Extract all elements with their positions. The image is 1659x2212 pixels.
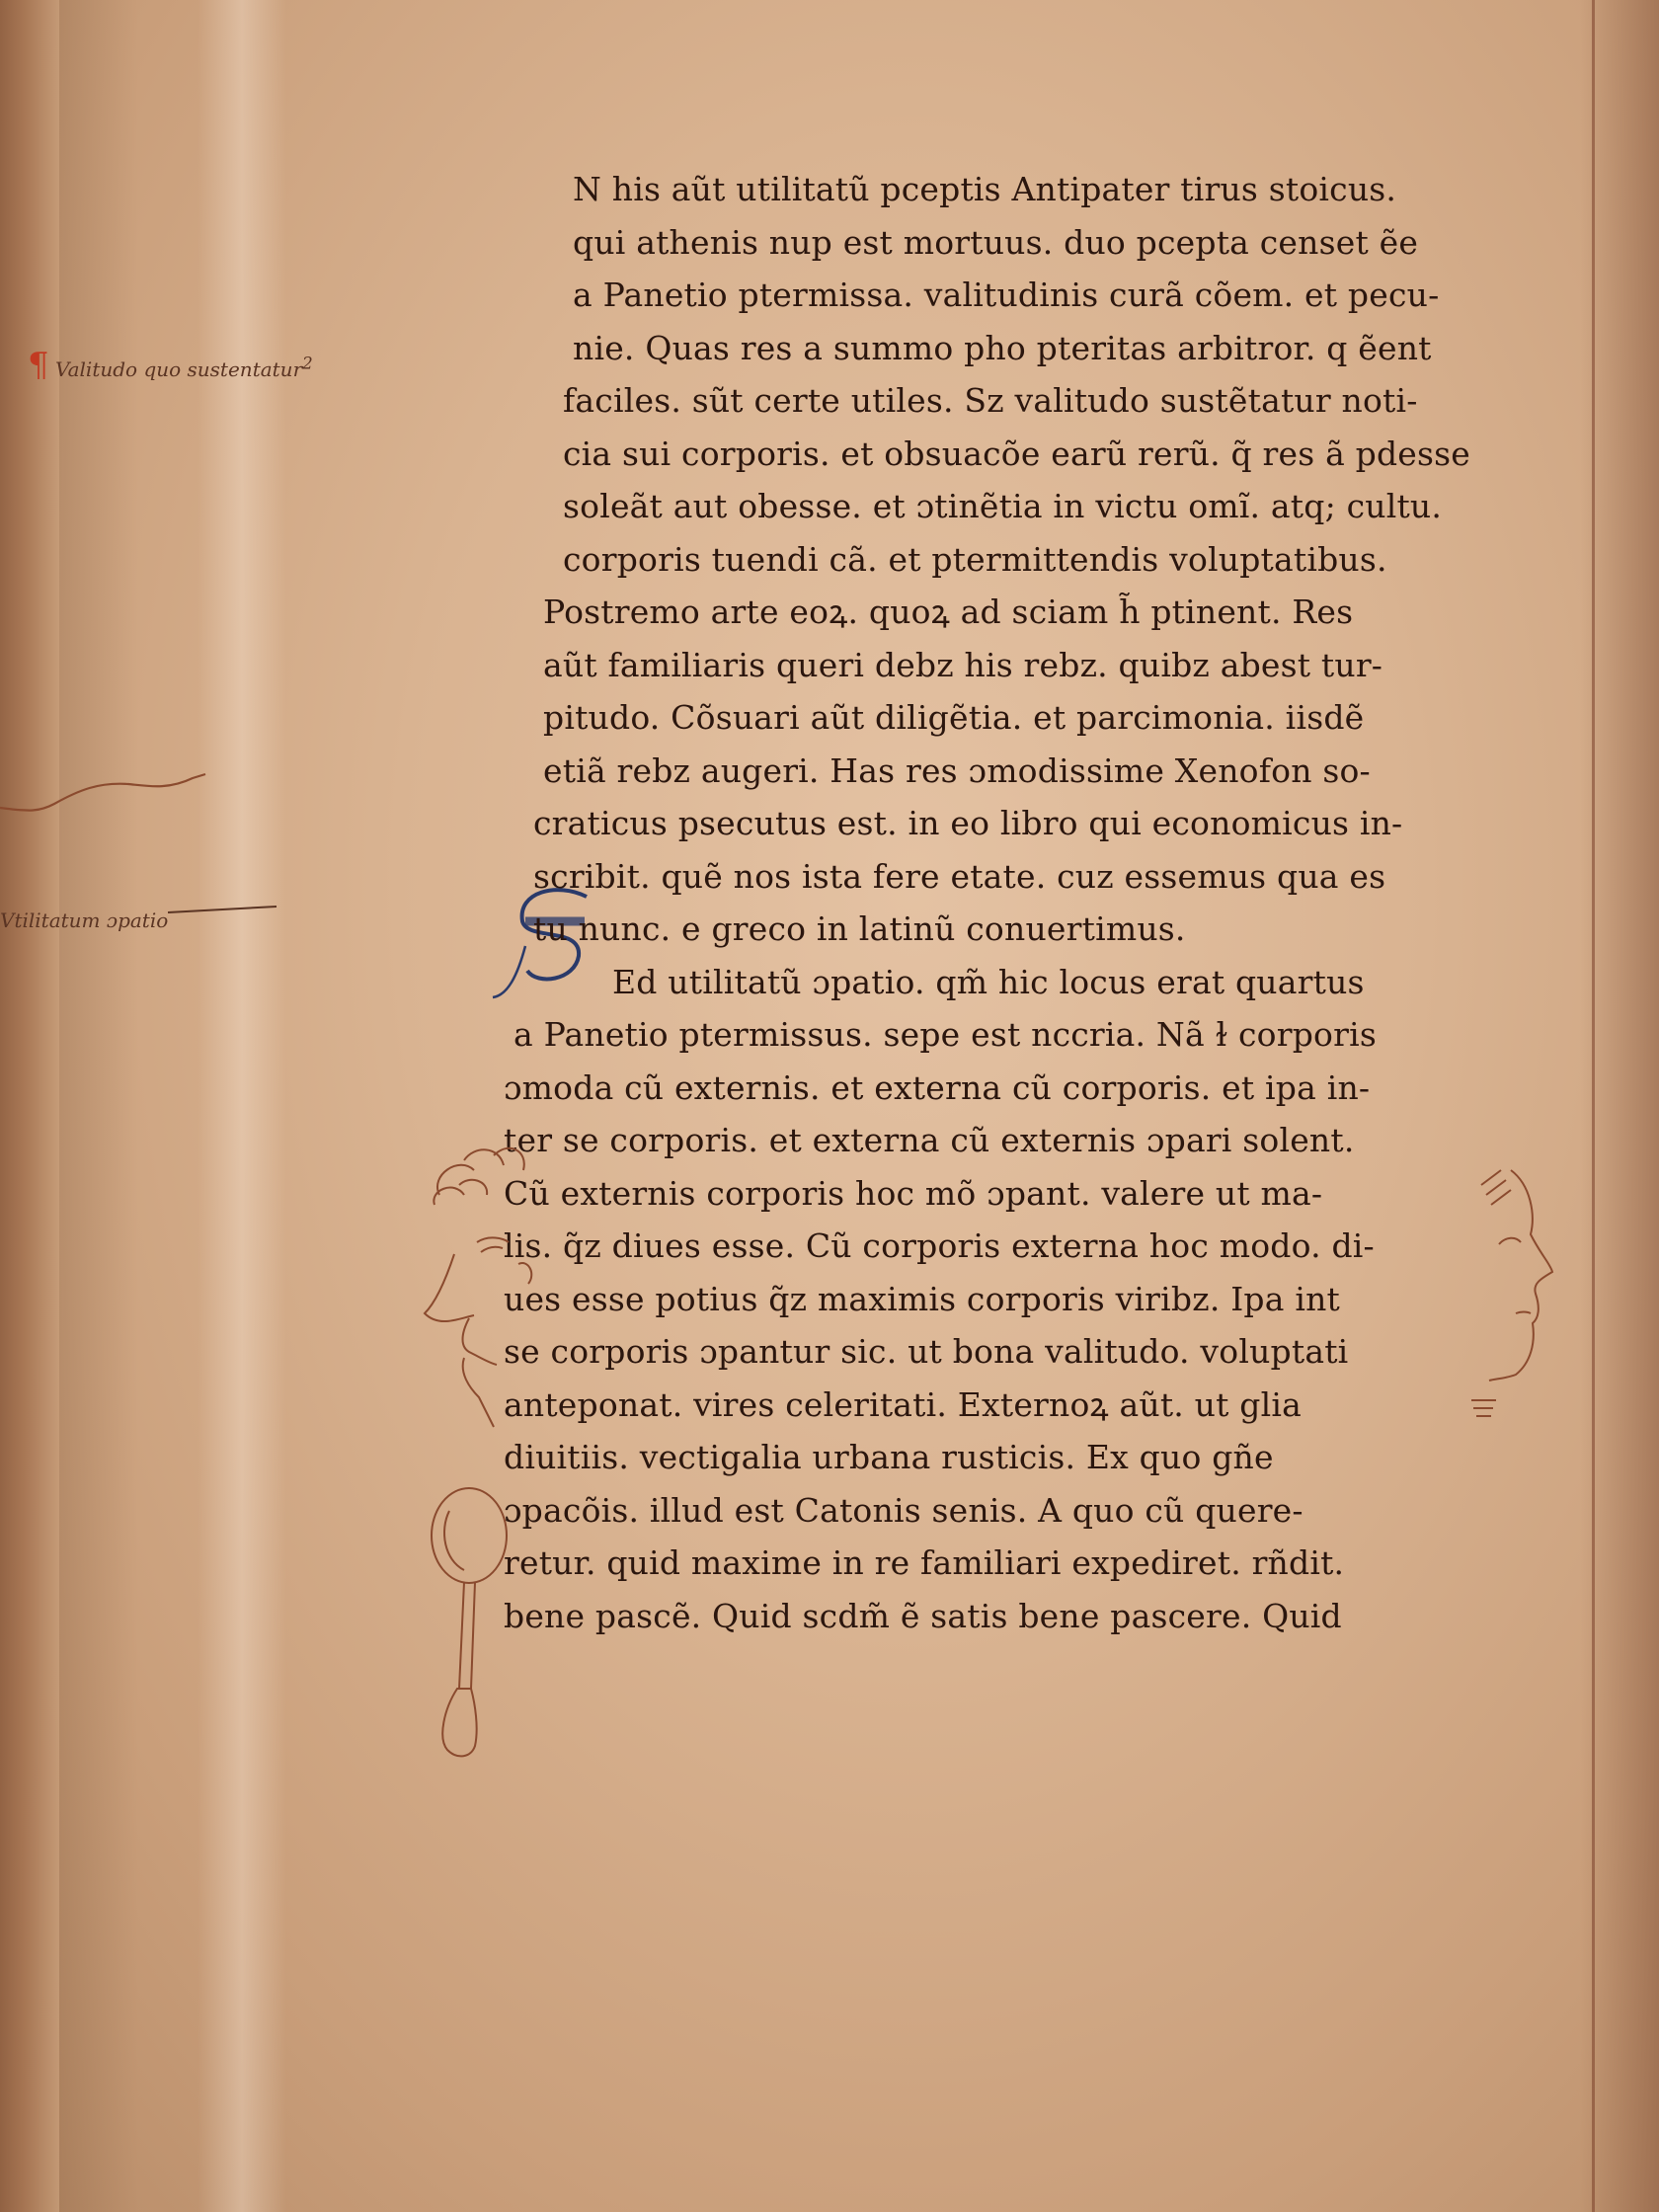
manuscript-page: ¶ Valitudo quo sustentatur2 Vtilitatum ɔ… [0,0,1659,2212]
binding-shadow [59,0,138,2212]
text-line: scribit. quẽ nos ista fere etate. cuz es… [533,850,1481,904]
text-line: pitudo. Cõsuari aũt diligẽtia. et parcim… [533,691,1481,745]
margin-note-1: ¶ Valitudo quo sustentatur2 [28,346,313,385]
text-line: ɔmoda cũ externis. et externa cũ corpori… [504,1062,1481,1115]
text-line: ues esse potius q̃z maximis corporis vir… [504,1273,1481,1326]
text-line: lis. q̃z diues esse. Cũ corporis externa… [504,1220,1481,1273]
text-line: aũt familiaris queri debz his rebz. quib… [533,639,1481,692]
text-line: se corporis ɔpantur sic. ut bona valitud… [504,1325,1481,1379]
text-line: retur. quid maxime in re familiari exped… [504,1537,1481,1590]
text-line: diuitiis. vectigalia urbana rusticis. Ex… [504,1431,1481,1484]
margin-note-superscript: 2 [302,354,313,372]
margin-note-text: Vtilitatum ɔpatio [0,908,168,932]
text-line: a Panetio ptermissa. valitudinis curã cõ… [533,269,1481,322]
text-line: soleãt aut obesse. et ɔtinẽtia in victu … [533,480,1481,533]
text-line: ter se corporis. et externa cũ externis … [504,1114,1481,1167]
left-profile-face-drawing-icon [420,1136,558,1432]
text-line: craticus psecutus est. in eo libro qui e… [533,797,1481,850]
text-line: bene pascẽ. Quid scdm̃ ẽ satis bene pasc… [504,1590,1481,1643]
printed-text-block: N his aũt utilitatũ pceptis Antipater ti… [533,163,1481,1642]
text-line: cia sui corporis. et obsuacõe earũ rerũ.… [533,428,1481,481]
text-line: corporis tuendi cã. et ptermittendis vol… [533,533,1481,587]
text-line: tu nunc. e greco in latinũ conuertimus. [533,903,1481,956]
text-line: a Panetio ptermissus. sepe est nccria. N… [513,1008,1481,1062]
text-line: qui athenis nup est mortuus. duo pcepta … [533,216,1481,270]
light-reflection-strip [197,0,286,2212]
text-line: Cũ externis corporis hoc mõ ɔpant. valer… [504,1167,1481,1221]
text-line: ɔpacõis. illud est Catonis senis. A quo … [504,1484,1481,1538]
text-line: nie. Quas res a summo pho pteritas arbit… [533,322,1481,375]
hand-mirror-drawing-icon [410,1481,528,1768]
text-line: Postremo arte eoꝝ. quoꝝ ad sciam h̃ ptin… [533,586,1481,639]
text-line: anteponat. vires celeritati. Externoꝝ aũ… [504,1379,1481,1432]
text-line: N his aũt utilitatũ pceptis Antipater ti… [533,163,1481,216]
overline-stroke-icon [168,905,286,914]
book-gutter [0,0,59,2212]
text-line: etiã rebz augeri. Has res ɔmodissime Xen… [533,745,1481,798]
right-profile-face-drawing-icon [1442,1145,1580,1442]
text-line: Ed utilitatũ ɔpatio. qm̃ hic locus erat … [533,956,1481,1009]
wavy-line-drawing-icon [0,760,217,829]
text-line: faciles. sũt certe utiles. Sz valitudo s… [533,374,1481,428]
margin-note-text: Valitudo quo sustentatur [55,357,302,381]
page-fold-line [1592,0,1595,2212]
rubric-paragraph-mark-icon: ¶ [28,346,49,385]
margin-note-2: Vtilitatum ɔpatio [0,908,168,932]
